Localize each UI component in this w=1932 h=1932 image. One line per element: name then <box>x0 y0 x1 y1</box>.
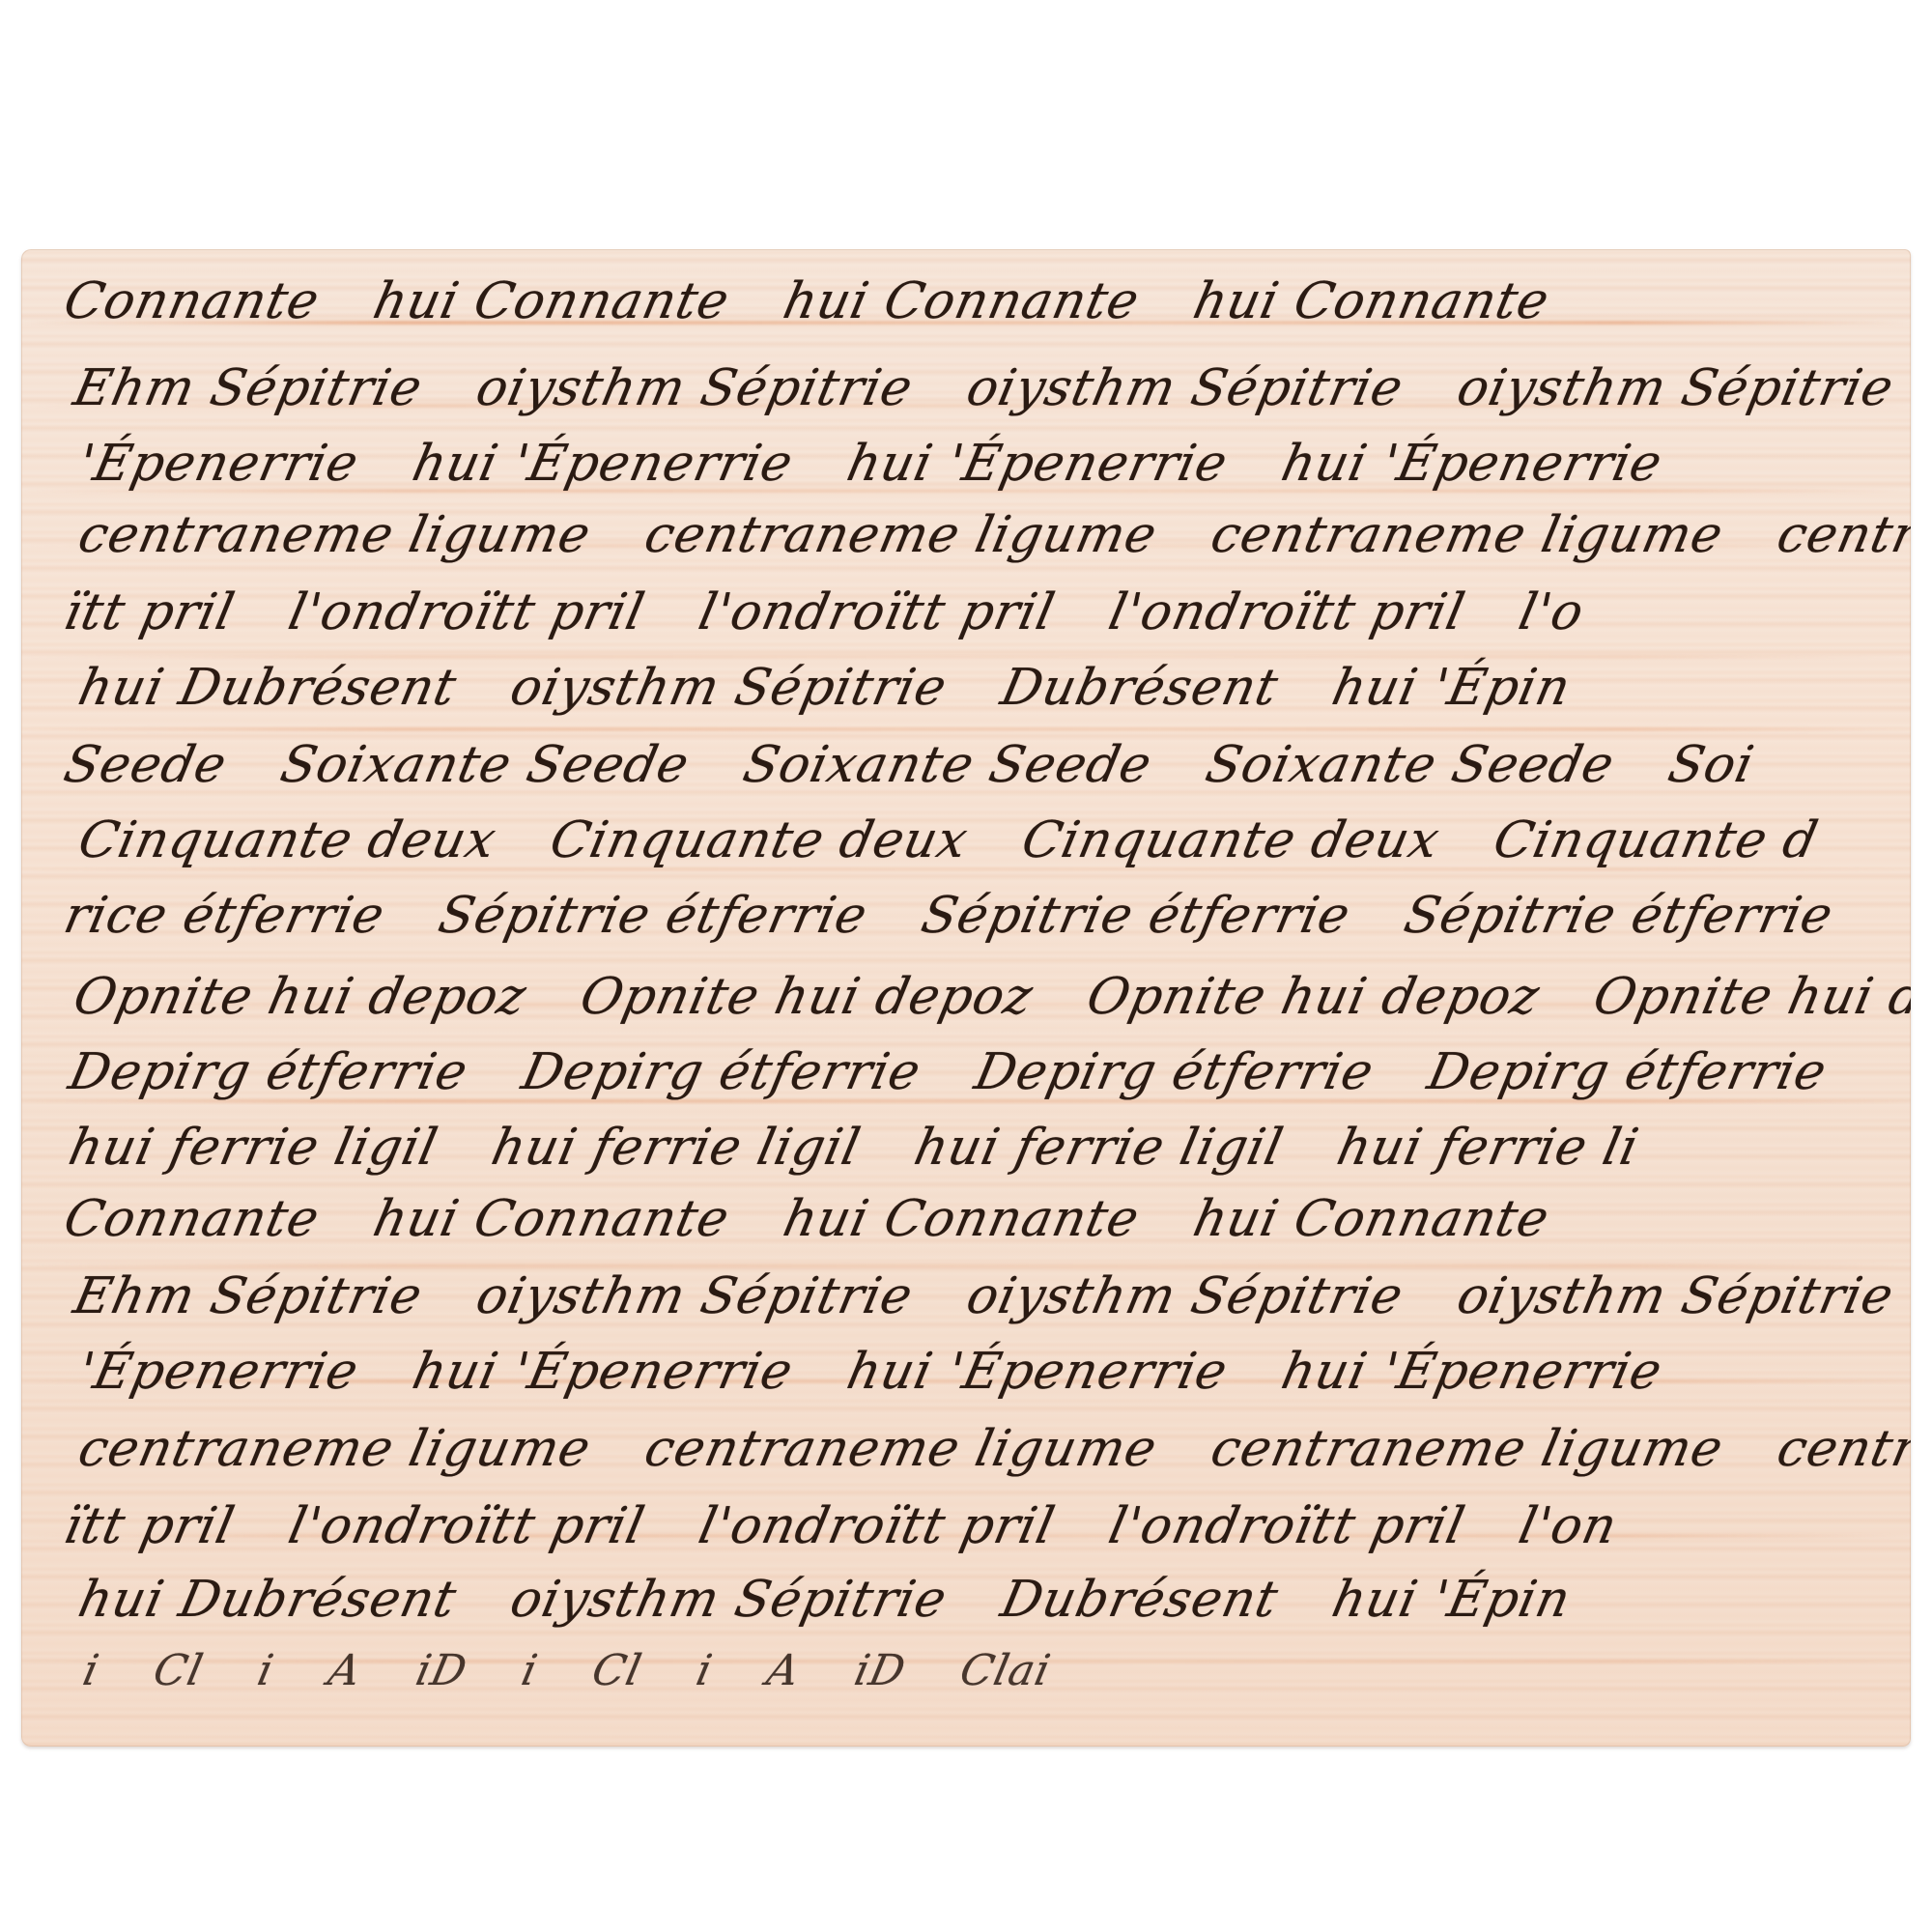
script-word: l'o <box>1514 583 1589 641</box>
script-word: Sépitrie étferrie <box>1400 887 1839 945</box>
script-word: hui 'Épenerrie <box>842 435 1234 493</box>
script-line: 'Épenerriehui 'Épenerriehui 'Épenerriehu… <box>21 439 1911 489</box>
script-word: iD <box>850 1646 910 1695</box>
script-word: Cl <box>587 1646 646 1695</box>
script-word: Depirg étferrie <box>64 1043 473 1101</box>
script-word: Cinquante deux <box>545 811 973 869</box>
script-line: hui Dubrésentoiysthm SépitrieDubrésenthu… <box>21 1575 1911 1625</box>
script-word: Cl <box>149 1646 208 1695</box>
script-word: rice étferrie <box>59 887 389 945</box>
script-word: oiysthm Sépitrie <box>1452 1267 1898 1325</box>
script-word: A <box>762 1646 805 1695</box>
script-word: oiysthm Sépitrie <box>962 359 1408 417</box>
script-line: Connantehui Connantehui Connantehui Conn… <box>21 1194 1911 1244</box>
script-word: A <box>324 1646 366 1695</box>
script-line: centraneme ligumecentraneme ligumecentra… <box>21 1424 1911 1474</box>
script-word: l'ondroïtt pril <box>1104 1497 1470 1555</box>
script-line: Ehm Sépitrieoiysthm Sépitrieoiysthm Sépi… <box>21 363 1911 413</box>
script-word: Clai <box>955 1646 1055 1695</box>
script-line: Opnite hui depozOpnite hui depozOpnite h… <box>21 972 1911 1022</box>
script-word: Opnite hui depoz <box>1082 968 1545 1026</box>
script-word: centraneme ligume <box>73 506 596 564</box>
script-word: oiysthm Sépitrie <box>505 1571 952 1629</box>
script-word: hui 'Épin <box>1327 1571 1577 1629</box>
script-word: i <box>253 1646 278 1695</box>
script-line: hui ferrie ligilhui ferrie ligilhui ferr… <box>21 1122 1911 1173</box>
script-word: centraneme i <box>1773 506 1911 564</box>
script-word: l'ondroïtt pril <box>284 1497 650 1555</box>
script-word: centraneme ligume <box>1206 506 1728 564</box>
script-line: SeedeSoixante SeedeSoixante SeedeSoixant… <box>21 740 1911 790</box>
script-word: Dubrésent <box>996 659 1284 717</box>
script-word: hui Connante <box>1188 272 1554 330</box>
script-word: Soi <box>1663 736 1759 794</box>
script-word: Ehm Sépitrie <box>69 359 428 417</box>
script-word: Connante <box>59 272 325 330</box>
script-line: Ehm Sépitrieoiysthm Sépitrieoiysthm Sépi… <box>21 1271 1911 1321</box>
script-word: l'ondroïtt pril <box>284 583 650 641</box>
script-line: ïtt prill'ondroïtt prill'ondroïtt prill'… <box>21 1501 1911 1551</box>
script-word: centraneme li <box>1773 1420 1911 1478</box>
script-word: iD <box>412 1646 471 1695</box>
script-word: Opnite hui depoz <box>576 968 1038 1026</box>
script-word: hui Connante <box>1188 1190 1554 1248</box>
script-word: ïtt pril <box>59 1497 240 1555</box>
script-word: Soixante Seede <box>1201 736 1620 794</box>
script-line: ïtt prill'ondroïtt prill'ondroïtt prill'… <box>21 587 1911 638</box>
script-word: Cinquante deux <box>1017 811 1445 869</box>
script-word: hui Connante <box>368 272 734 330</box>
script-word: hui Dubrésent <box>73 1571 462 1629</box>
script-word: Depirg étferrie <box>970 1043 1379 1101</box>
script-word: hui ferrie li <box>1332 1119 1644 1177</box>
script-word: oiysthm Sépitrie <box>1452 359 1898 417</box>
script-word: ïtt pril <box>59 583 240 641</box>
script-word: oiysthm Sépitrie <box>505 659 952 717</box>
script-word: hui Connante <box>368 1190 734 1248</box>
wood-grain-line <box>21 727 1911 731</box>
script-word: hui ferrie ligil <box>487 1119 866 1177</box>
script-word: i <box>692 1646 717 1695</box>
script-word: 'Épenerrie <box>73 1343 363 1401</box>
script-word: Cinquante d <box>1489 811 1823 869</box>
script-line: Cinquante deuxCinquante deuxCinquante de… <box>21 815 1911 866</box>
script-word: Depirg étferrie <box>1423 1043 1833 1101</box>
script-word: l'ondroïtt pril <box>694 1497 1060 1555</box>
script-word: Seede <box>59 736 232 794</box>
script-word: l'ondroïtt pril <box>694 583 1060 641</box>
script-word: i <box>517 1646 542 1695</box>
script-word: Dubrésent <box>996 1571 1284 1629</box>
script-word: oiysthm Sépitrie <box>471 359 918 417</box>
script-word: hui Dubrésent <box>73 659 462 717</box>
script-word: l'on <box>1514 1497 1622 1555</box>
script-word: Cinquante deux <box>73 811 501 869</box>
script-word: centraneme ligume <box>1206 1420 1728 1478</box>
script-line: iCliAiDiCliAiDClai <box>21 1650 1911 1692</box>
script-word: hui 'Épenerrie <box>842 1343 1234 1401</box>
script-word: Ehm Sépitrie <box>69 1267 428 1325</box>
script-line: 'Épenerriehui 'Épenerriehui 'Épenerriehu… <box>21 1347 1911 1397</box>
script-line: Depirg étferrieDepirg étferrieDepirg étf… <box>21 1047 1911 1097</box>
script-word: centraneme ligume <box>639 1420 1162 1478</box>
script-word: Depirg étferrie <box>517 1043 926 1101</box>
script-line: hui Dubrésentoiysthm SépitrieDubrésenthu… <box>21 663 1911 713</box>
script-word: oiysthm Sépitrie <box>962 1267 1408 1325</box>
wooden-stamp-block: Connantehui Connantehui Connantehui Conn… <box>21 249 1911 1747</box>
script-word: hui ferrie ligil <box>64 1119 442 1177</box>
script-word: hui 'Épenerrie <box>408 1343 799 1401</box>
script-word: oiysthm Sépitrie <box>471 1267 918 1325</box>
script-word: hui 'Épenerrie <box>1277 1343 1668 1401</box>
script-word: hui ferrie ligil <box>909 1119 1288 1177</box>
script-word: centraneme ligume <box>639 506 1162 564</box>
script-word: hui Connante <box>779 272 1145 330</box>
script-word: Sépitrie étferrie <box>917 887 1356 945</box>
script-word: Connante <box>59 1190 325 1248</box>
script-word: hui 'Épenerrie <box>1277 435 1668 493</box>
script-word: centraneme ligume <box>73 1420 596 1478</box>
script-word: hui 'Épin <box>1327 659 1577 717</box>
script-word: hui 'Épenerrie <box>408 435 799 493</box>
script-line: centraneme ligumecentraneme ligumecentra… <box>21 510 1911 560</box>
script-word: Opnite hui d <box>1588 968 1911 1026</box>
script-word: Sépitrie étferrie <box>434 887 873 945</box>
script-line: rice étferrieSépitrie étferrieSépitrie é… <box>21 891 1911 941</box>
script-word: Soixante Seede <box>275 736 695 794</box>
script-word: hui Connante <box>779 1190 1145 1248</box>
script-word: Soixante Seede <box>738 736 1157 794</box>
script-word: Opnite hui depoz <box>69 968 531 1026</box>
script-word: l'ondroïtt pril <box>1104 583 1470 641</box>
script-word: i <box>78 1646 103 1695</box>
script-word: 'Épenerrie <box>73 435 363 493</box>
script-line: Connantehui Connantehui Connantehui Conn… <box>21 276 1911 327</box>
